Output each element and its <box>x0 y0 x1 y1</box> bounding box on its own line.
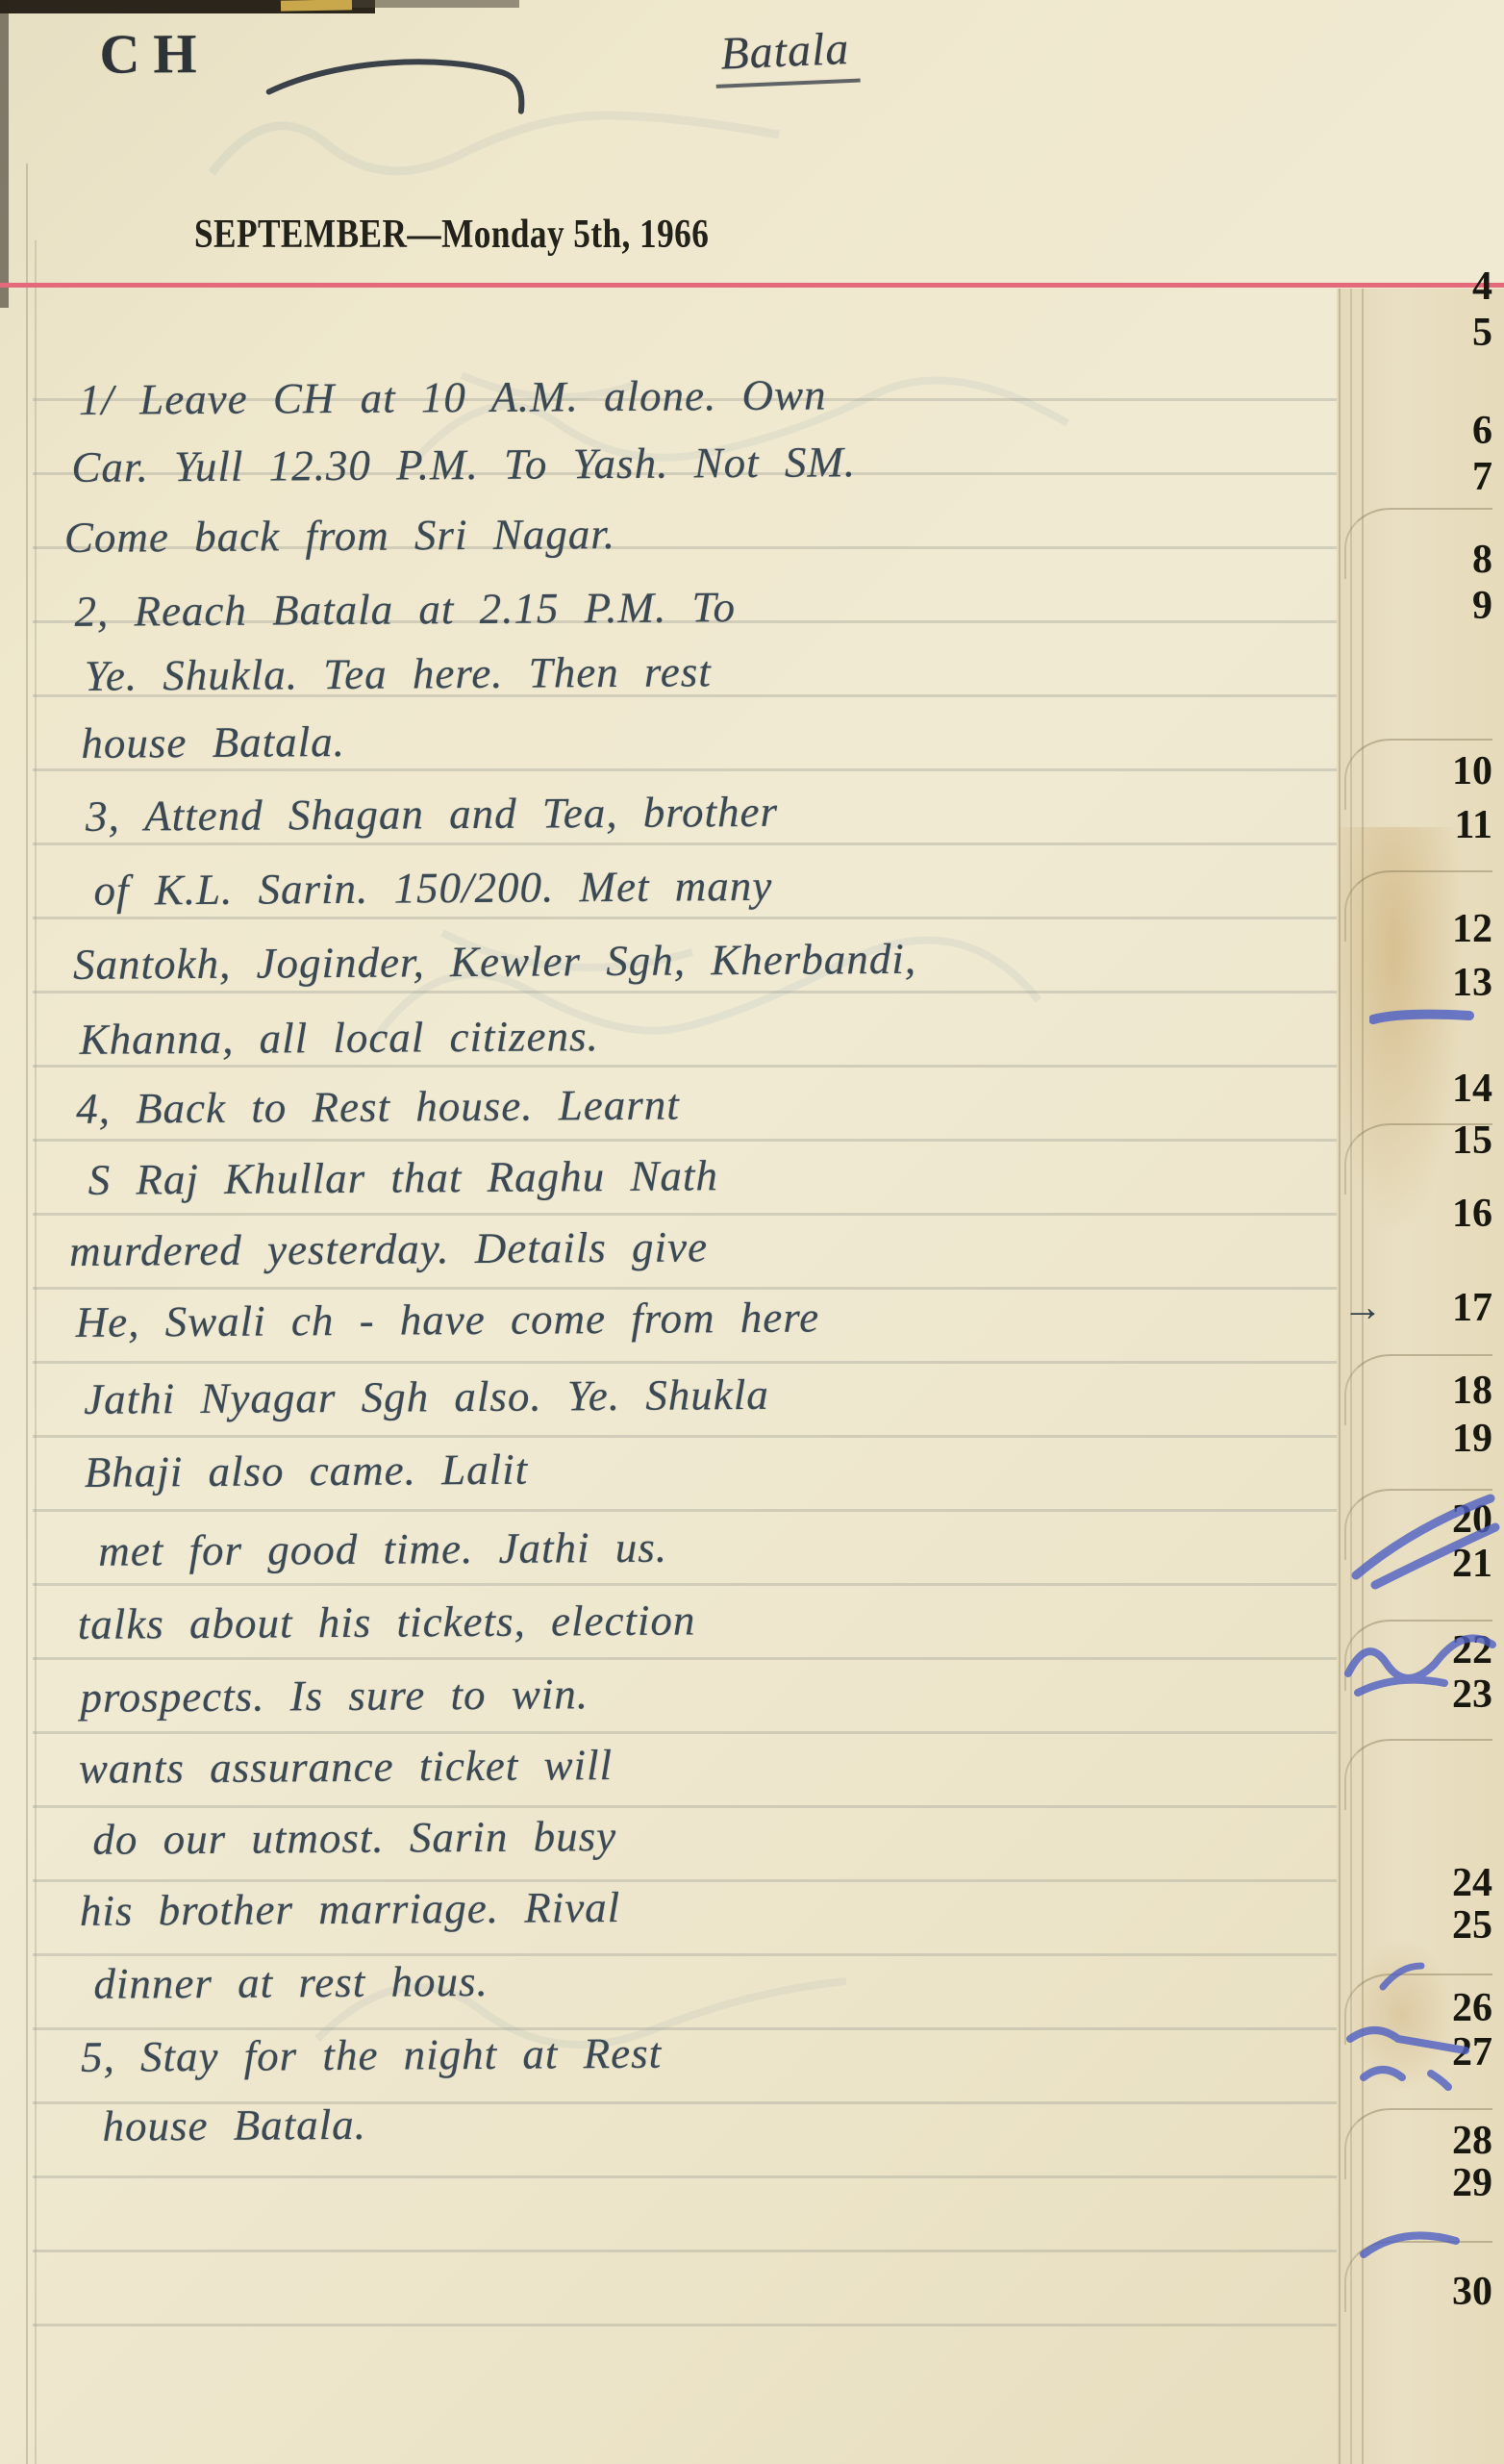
diary-entry-line: prospects. Is sure to win. <box>80 1669 589 1722</box>
diary-entry-line: Santokh, Joginder, Kewler Sgh, Kherbandi… <box>73 934 916 990</box>
flourish-stroke <box>261 39 550 138</box>
diary-entry-line: murdered yesterday. Details give <box>69 1221 708 1276</box>
diary-entry-line: his brother marriage. Rival <box>80 1882 621 1936</box>
diary-entry-line: do our utmost. Sarin busy <box>92 1811 616 1865</box>
diary-entry-line: Bhaji also came. Lalit <box>85 1445 529 1497</box>
diary-entry-line: of K.L. Sarin. 150/200. Met many <box>93 861 772 916</box>
diary-entry-line: Khanna, all local citizens. <box>79 1011 599 1065</box>
diary-entry-line: 4, Back to Rest house. Learnt <box>76 1080 680 1134</box>
diary-entry-line: wants assurance ticket will <box>79 1740 614 1794</box>
annotation-top-right: Batala <box>714 22 861 88</box>
diary-entry-line: house Batala. <box>102 2099 366 2151</box>
diary-entry-line: talks about his tickets, election <box>78 1595 696 1648</box>
diary-entry-line: Car. Yull 12.30 P.M. To Yash. Not SM. <box>71 437 856 492</box>
diary-page-scan: SEPTEMBER—Monday 5th, 1966 4567891011121… <box>0 0 1504 2464</box>
diary-entry-line: 3, Attend Shagan and Tea, brother <box>86 787 778 842</box>
diary-entry-line: He, Swali ch - have come from here <box>75 1293 819 1347</box>
diary-entry-line: met for good time. Jathi us. <box>98 1522 667 1576</box>
diary-entry-line: Jathi Nyagar Sgh also. Ye. Shukla <box>84 1370 769 1424</box>
annotation-top-left: CH <box>99 21 210 87</box>
diary-entry-line: 1/ Leave CH at 10 A.M. alone. Own <box>79 369 827 424</box>
diary-entry-line: Ye. Shukla. Tea here. Then rest <box>85 646 712 701</box>
diary-entry-line: Come back from Sri Nagar. <box>64 509 615 563</box>
diary-entry-line: S Raj Khullar that Raghu Nath <box>88 1150 718 1205</box>
diary-entry-line: 5, Stay for the night at Rest <box>81 2028 663 2082</box>
handwritten-entry: CH Batala 1/ Leave CH at 10 A.M. alone. … <box>0 0 1504 2464</box>
diary-entry-line: house Batala. <box>81 717 345 768</box>
diary-entry-line: dinner at rest hous. <box>93 1956 489 2009</box>
diary-entry-line: 2, Reach Batala at 2.15 P.M. To <box>74 582 736 637</box>
